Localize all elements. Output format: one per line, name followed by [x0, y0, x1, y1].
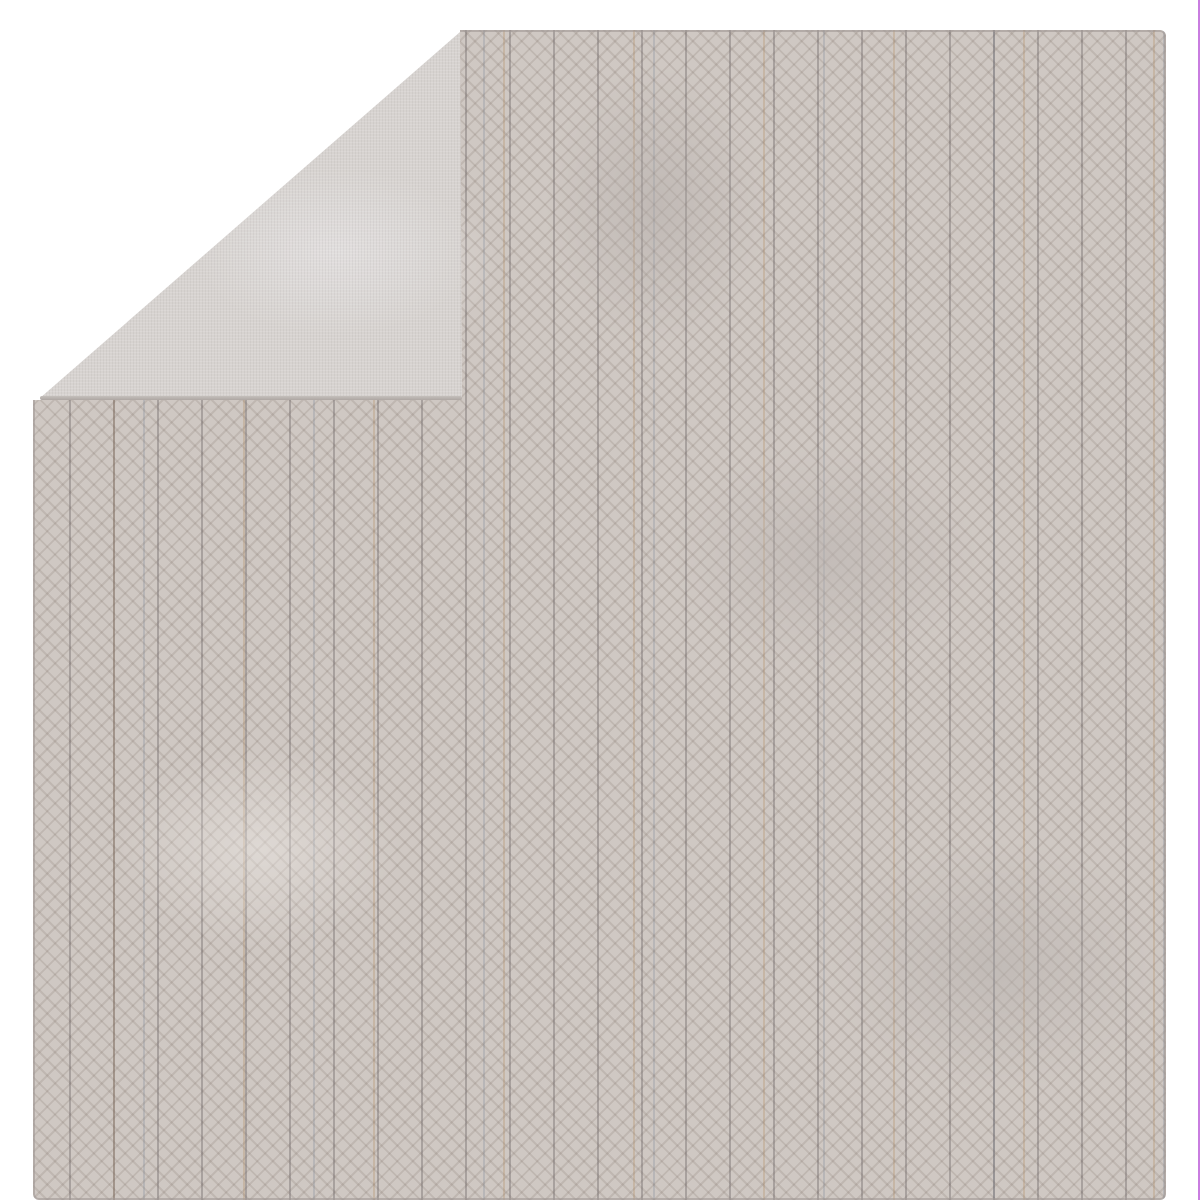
rug-folded-corner-backing — [40, 32, 462, 398]
rug-front-face — [33, 30, 1166, 1200]
rug-fold-edge — [40, 396, 462, 400]
product-photo — [0, 0, 1200, 1200]
